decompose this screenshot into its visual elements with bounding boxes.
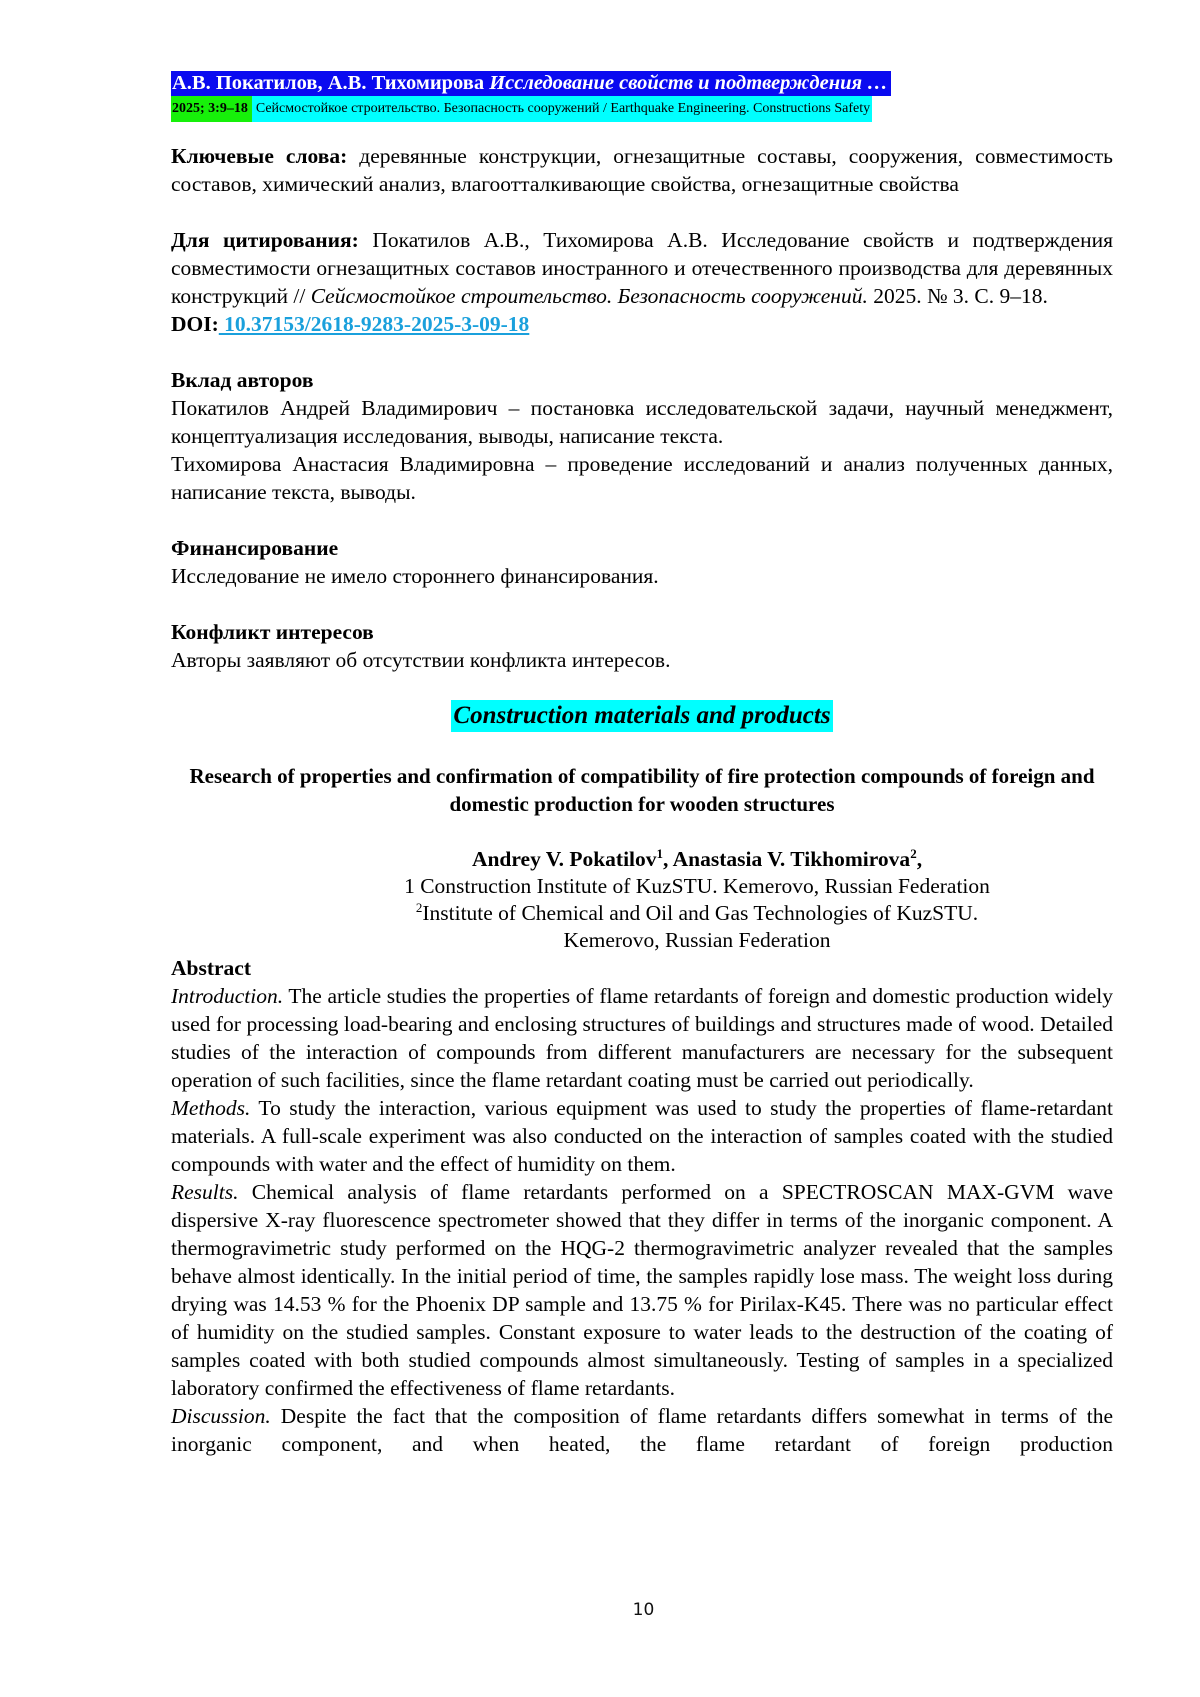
header-article-title: Исследование свойств и подтверждения … [489,72,887,94]
affiliation-2: 2Institute of Chemical and Oil and Gas T… [281,900,1113,927]
page-number: 10 [0,1600,1200,1620]
header-journal-name: Сейсмостойкое строительство. Безопасност… [252,96,872,122]
citation-tail: 2025. № 3. С. 9–18. [868,284,1048,308]
header-journal-bar: 2025; 3:9–18 Сейсмостойкое строительство… [171,96,1113,122]
funding-heading: Финансирование [171,534,1113,562]
running-header: А.В. Покатилов, А.В. Тихомирова Исследов… [171,71,1113,122]
conflict-text: Авторы заявляют об отсутствии конфликта … [171,646,1113,674]
contribution-heading: Вклад авторов [171,366,1113,394]
doi-link[interactable]: 10.37153/2618-9283-2025-3-09-18 [219,312,530,336]
header-volume: 2025; 3:9–18 [171,96,252,122]
document-page: А.В. Покатилов, А.В. Тихомирова Исследов… [171,71,1113,1458]
citation-label: Для цитирования: [171,228,359,252]
section-heading: Construction materials and products [451,700,832,732]
abstract-paragraph: Discussion. Despite the fact that the co… [171,1402,1113,1458]
keywords: Ключевые слова: деревянные конструкции, … [171,142,1113,198]
header-title-bar: А.В. Покатилов, А.В. Тихомирова Исследов… [171,71,891,96]
english-title: Research of properties and confirmation … [171,762,1113,818]
doi-label: DOI: [171,312,219,336]
citation: Для цитирования: Покатилов А.В., Тихомир… [171,226,1113,310]
contribution-line: Покатилов Андрей Владимирович – постанов… [171,394,1113,450]
affiliation-1: 1 Construction Institute of KuzSTU. Keme… [281,873,1113,900]
author-name: Anastasia V. Tikhomirova [673,847,911,871]
keywords-label: Ключевые слова: [171,144,347,168]
abstract-heading: Abstract [171,954,1113,982]
section-heading-wrap: Construction materials and products [171,700,1113,732]
affiliation-2-city: Kemerovo, Russian Federation [281,927,1113,954]
header-authors: А.В. Покатилов, А.В. Тихомирова [172,72,484,94]
author-name: Andrey V. Pokatilov [472,847,657,871]
contribution-line: Тихомирова Анастасия Владимировна – пров… [171,450,1113,506]
funding-text: Исследование не имело стороннего финанси… [171,562,1113,590]
conflict-heading: Конфликт интересов [171,618,1113,646]
doi-line: DOI: 10.37153/2618-9283-2025-3-09-18 [171,310,1113,338]
authors-block: Andrey V. Pokatilov1, Anastasia V. Tikho… [171,846,1113,954]
abstract-paragraph: Methods. To study the interaction, vario… [171,1094,1113,1178]
abstract-paragraph: Results. Chemical analysis of flame reta… [171,1178,1113,1402]
citation-journal: Сейсмостойкое строительство. Безопасност… [311,284,868,308]
abstract-paragraph: Introduction. The article studies the pr… [171,982,1113,1094]
author-names: Andrey V. Pokatilov1, Anastasia V. Tikho… [281,846,1113,873]
